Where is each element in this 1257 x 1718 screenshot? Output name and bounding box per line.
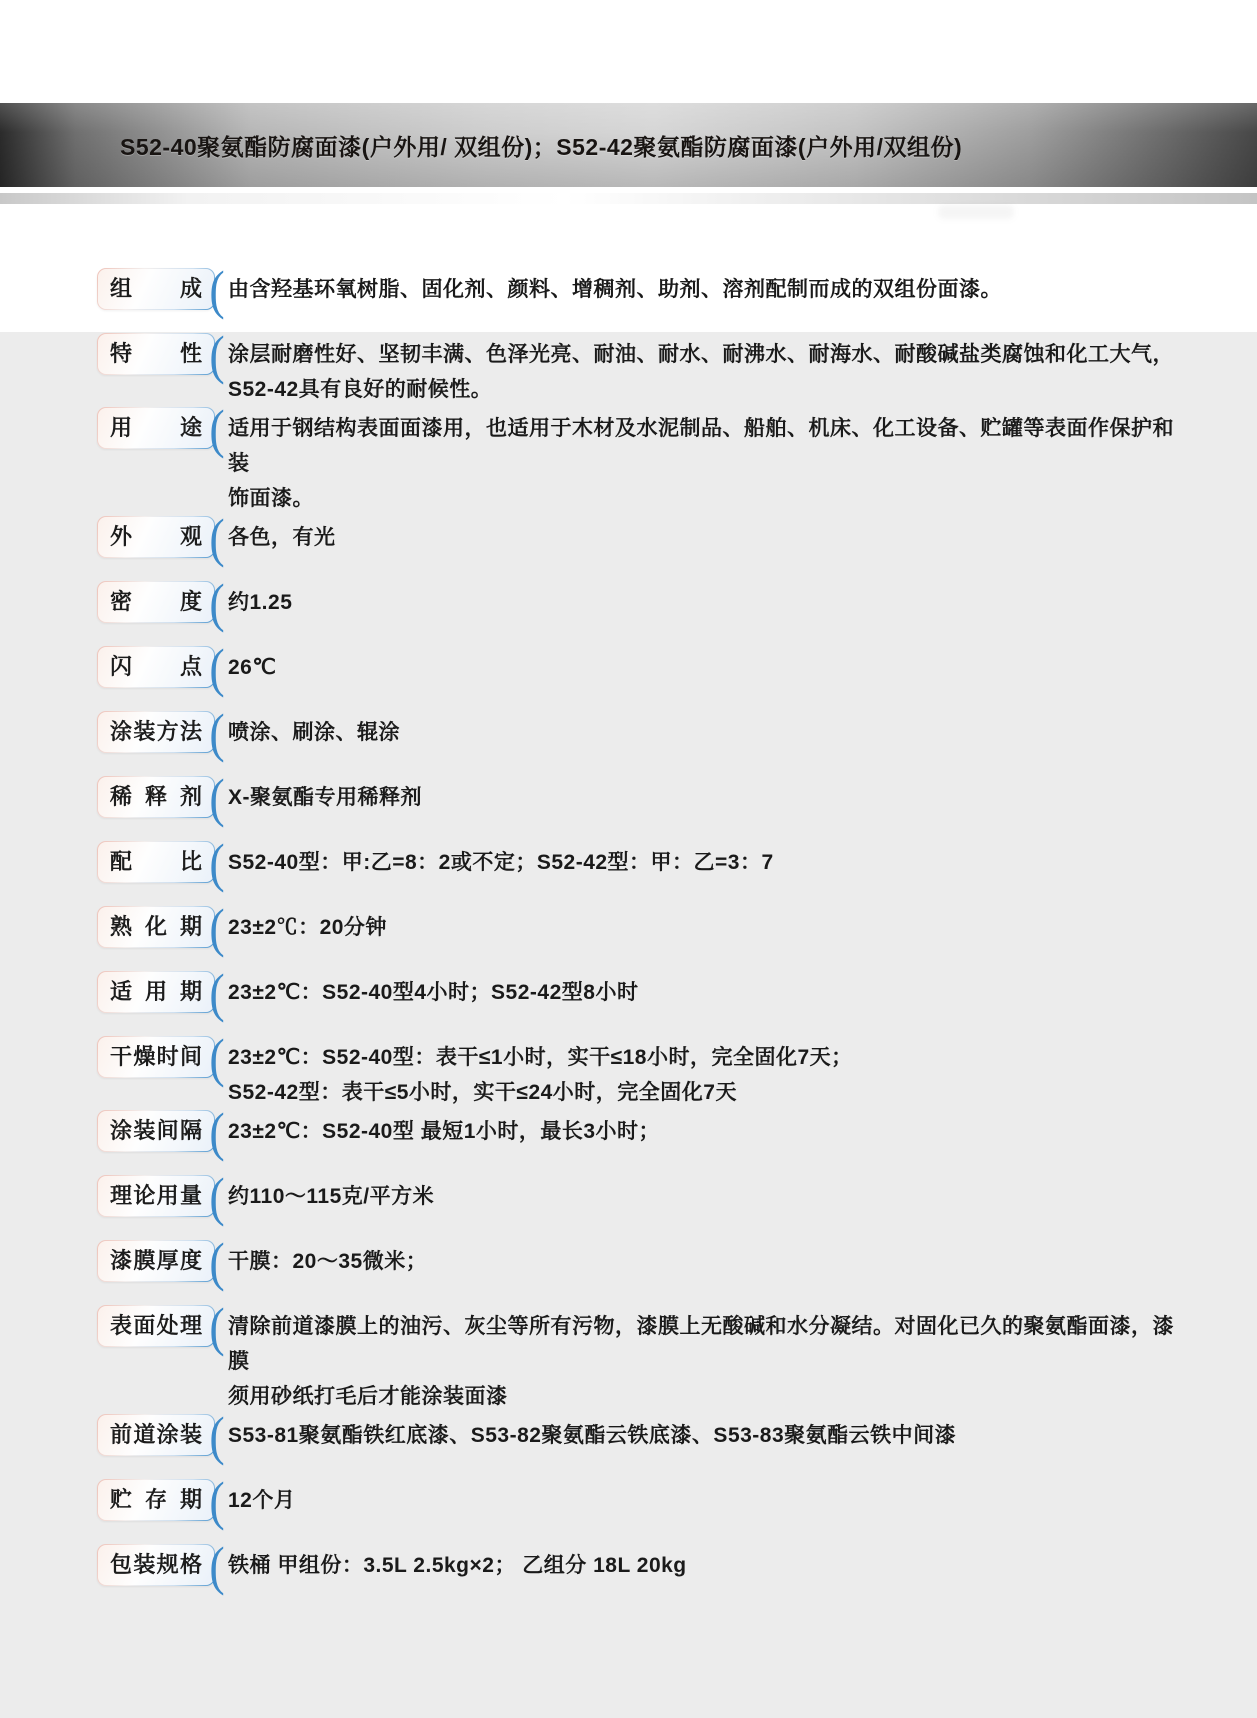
spec-label: 理论用量 ( [97,1175,228,1219]
spec-value: S52-40型：甲:乙=8：2或不定；S52-42型：甲：乙=3：7 [228,841,774,880]
spec-row-composition: 组成 ( 由含羟基环氧树脂、固化剂、颜料、增稠剂、助剂、溶剂配制而成的双组份面漆… [97,268,1217,312]
spec-label: 包装规格 ( [97,1544,228,1588]
open-paren: ( [209,581,224,625]
spec-label: 干燥时间 ( [97,1036,228,1080]
spec-value: 23±2℃：S52-40型 最短1小时，最长3小时； [228,1110,660,1149]
label-box: 涂装方法 [97,711,215,753]
label-box: 密度 [97,581,215,623]
spec-label: 前道涂装 ( [97,1414,228,1458]
spec-value: 涂层耐磨性好、坚韧丰满、色泽光亮、耐油、耐水、耐沸水、耐海水、耐酸碱盐类腐蚀和化… [228,333,1174,407]
value-line: S53-81聚氨酯铁红底漆、S53-82聚氨酯云铁底漆、S53-83聚氨酯云铁中… [228,1418,956,1453]
value-line: 由含羟基环氧树脂、固化剂、颜料、增稠剂、助剂、溶剂配制而成的双组份面漆。 [228,272,1002,307]
spec-label-text: 干燥时间 [110,1037,202,1077]
spec-label: 配比 ( [97,841,228,885]
spec-label-text: 适用期 [110,972,202,1012]
spec-label: 涂装间隔 ( [97,1110,228,1154]
open-paren: ( [209,1414,224,1458]
spec-label: 漆膜厚度 ( [97,1240,228,1284]
spec-value: 喷涂、刷涂、辊涂 [228,711,400,750]
spec-value: S53-81聚氨酯铁红底漆、S53-82聚氨酯云铁底漆、S53-83聚氨酯云铁中… [228,1414,956,1453]
open-paren: ( [209,1036,224,1080]
spec-label-text: 包装规格 [110,1545,202,1585]
spec-row-mix-ratio: 配比 ( S52-40型：甲:乙=8：2或不定；S52-42型：甲：乙=3：7 [97,841,1217,885]
value-line: 喷涂、刷涂、辊涂 [228,715,400,750]
value-line: 饰面漆。 [228,481,1188,516]
spec-row-density: 密度 ( 约1.25 [97,581,1217,625]
open-paren: ( [209,407,224,451]
label-box: 表面处理 [97,1305,215,1347]
open-paren: ( [209,1175,224,1219]
spec-label-text: 熟化期 [110,907,202,947]
value-line: 铁桶 甲组份：3.5L 2.5kg×2； 乙组分 18L 20kg [228,1548,687,1583]
spec-row-recoat-interval: 涂装间隔 ( 23±2℃：S52-40型 最短1小时，最长3小时； [97,1110,1217,1154]
spec-label: 熟化期 ( [97,906,228,950]
spec-label: 组成 ( [97,268,228,312]
value-line: 12个月 [228,1483,295,1518]
open-paren: ( [209,906,224,950]
spec-row-appearance: 外观 ( 各色，有光 [97,516,1217,560]
value-line: 约110～115克/平方米 [228,1179,434,1214]
label-box: 用途 [97,407,215,449]
spec-label: 外观 ( [97,516,228,560]
label-box: 贮存期 [97,1479,215,1521]
value-line: S52-42具有良好的耐候性。 [228,372,1174,407]
spec-row-surface-treatment: 表面处理 ( 清除前道漆膜上的油污、灰尘等所有污物，漆膜上无酸碱和水分凝结。对固… [97,1305,1217,1414]
value-line: 23±2℃：S52-40型：表干≤1小时，实干≤18小时，完全固化7天； [228,1040,853,1075]
spec-sheet: 组成 ( 由含羟基环氧树脂、固化剂、颜料、增稠剂、助剂、溶剂配制而成的双组份面漆… [0,204,1257,1588]
title-bar: S52-40聚氨酯防腐面漆(户外用/ 双组份)；S52-42聚氨酯防腐面漆(户外… [0,103,1257,187]
open-paren: ( [209,516,224,560]
open-paren: ( [209,1544,224,1588]
value-line: 须用砂纸打毛后才能涂装面漆 [228,1379,1188,1414]
spec-label-text: 用途 [110,408,202,448]
open-paren: ( [209,841,224,885]
top-margin [0,0,1257,103]
spec-label-text: 组成 [110,269,202,309]
label-box: 适用期 [97,971,215,1013]
value-line: X-聚氨酯专用稀释剂 [228,780,422,815]
spec-row-pot-life: 适用期 ( 23±2℃：S52-40型4小时；S52-42型8小时 [97,971,1217,1015]
spec-label: 特性 ( [97,333,228,377]
spec-label: 贮存期 ( [97,1479,228,1523]
spec-label-text: 表面处理 [110,1306,202,1346]
value-line: 26℃ [228,650,276,685]
open-paren: ( [209,1110,224,1154]
label-box: 包装规格 [97,1544,215,1586]
value-line: 干膜：20～35微米； [228,1244,427,1279]
label-box: 特性 [97,333,215,375]
spec-value: 12个月 [228,1479,295,1518]
spec-value: 26℃ [228,646,276,685]
metal-strip [0,193,1257,204]
value-line: 适用于钢结构表面面漆用，也适用于木材及水泥制品、船舶、机床、化工设备、贮罐等表面… [228,411,1188,481]
label-box: 稀释剂 [97,776,215,818]
spec-row-packaging: 包装规格 ( 铁桶 甲组份：3.5L 2.5kg×2； 乙组分 18L 20kg [97,1544,1217,1588]
label-box: 干燥时间 [97,1036,215,1078]
spec-label-text: 涂装方法 [110,712,202,752]
spec-label-text: 配比 [110,842,202,882]
spec-label-text: 特性 [110,334,202,374]
label-box: 熟化期 [97,906,215,948]
page-title: S52-40聚氨酯防腐面漆(户外用/ 双组份)；S52-42聚氨酯防腐面漆(户外… [120,129,962,162]
open-paren: ( [209,1479,224,1523]
spec-value: 约110～115克/平方米 [228,1175,434,1214]
spec-value: 23±2℃：20分钟 [228,906,387,945]
value-line: S52-40型：甲:乙=8：2或不定；S52-42型：甲：乙=3：7 [228,845,774,880]
spec-value: 干膜：20～35微米； [228,1240,427,1279]
spec-label-text: 稀释剂 [110,777,202,817]
spec-row-previous-coat: 前道涂装 ( S53-81聚氨酯铁红底漆、S53-82聚氨酯云铁底漆、S53-8… [97,1414,1217,1458]
spec-row-maturation-period: 熟化期 ( 23±2℃：20分钟 [97,906,1217,950]
spec-row-flash-point: 闪点 ( 26℃ [97,646,1217,690]
value-line: 23±2℃：S52-40型4小时；S52-42型8小时 [228,975,638,1010]
label-box: 外观 [97,516,215,558]
spec-label: 适用期 ( [97,971,228,1015]
spec-row-thinner: 稀释剂 ( X-聚氨酯专用稀释剂 [97,776,1217,820]
spec-row-usage: 用途 ( 适用于钢结构表面面漆用，也适用于木材及水泥制品、船舶、机床、化工设备、… [97,407,1217,516]
spec-row-theoretical-consumption: 理论用量 ( 约110～115克/平方米 [97,1175,1217,1219]
spec-label-text: 涂装间隔 [110,1111,202,1151]
open-paren: ( [209,971,224,1015]
label-box: 理论用量 [97,1175,215,1217]
spec-value: 铁桶 甲组份：3.5L 2.5kg×2； 乙组分 18L 20kg [228,1544,687,1583]
spec-label: 密度 ( [97,581,228,625]
spec-label-text: 贮存期 [110,1480,202,1520]
label-box: 前道涂装 [97,1414,215,1456]
spec-label-text: 理论用量 [110,1176,202,1216]
value-line: 23±2℃：20分钟 [228,910,387,945]
spec-row-application-method: 涂装方法 ( 喷涂、刷涂、辊涂 [97,711,1217,755]
spec-row-film-thickness: 漆膜厚度 ( 干膜：20～35微米； [97,1240,1217,1284]
spec-label: 表面处理 ( [97,1305,228,1349]
spec-row-drying-time: 干燥时间 ( 23±2℃：S52-40型：表干≤1小时，实干≤18小时，完全固化… [97,1036,1217,1110]
spec-row-shelf-life: 贮存期 ( 12个月 [97,1479,1217,1523]
watermark-smudge [938,205,1014,219]
spec-value: 适用于钢结构表面面漆用，也适用于木材及水泥制品、船舶、机床、化工设备、贮罐等表面… [228,407,1188,516]
value-line: 各色，有光 [228,520,336,555]
open-paren: ( [209,646,224,690]
spec-label-text: 密度 [110,582,202,622]
label-box: 闪点 [97,646,215,688]
spec-label: 用途 ( [97,407,228,451]
spec-value: 清除前道漆膜上的油污、灰尘等所有污物，漆膜上无酸碱和水分凝结。对固化已久的聚氨酯… [228,1305,1188,1414]
spec-row-characteristics: 特性 ( 涂层耐磨性好、坚韧丰满、色泽光亮、耐油、耐水、耐沸水、耐海水、耐酸碱盐… [97,333,1217,407]
value-line: S52-42型：表干≤5小时，实干≤24小时，完全固化7天 [228,1075,853,1110]
open-paren: ( [209,711,224,755]
spec-label-text: 前道涂装 [110,1415,202,1455]
spec-value: 约1.25 [228,581,292,620]
spec-value: 23±2℃：S52-40型：表干≤1小时，实干≤18小时，完全固化7天； S52… [228,1036,853,1110]
open-paren: ( [209,268,224,312]
value-line: 清除前道漆膜上的油污、灰尘等所有污物，漆膜上无酸碱和水分凝结。对固化已久的聚氨酯… [228,1309,1188,1379]
spec-label-text: 漆膜厚度 [110,1241,202,1281]
spec-label: 稀释剂 ( [97,776,228,820]
value-line: 约1.25 [228,585,292,620]
spec-label: 闪点 ( [97,646,228,690]
label-box: 组成 [97,268,215,310]
spec-label: 涂装方法 ( [97,711,228,755]
label-box: 配比 [97,841,215,883]
spec-label-text: 闪点 [110,647,202,687]
spec-value: X-聚氨酯专用稀释剂 [228,776,422,815]
label-box: 漆膜厚度 [97,1240,215,1282]
open-paren: ( [209,1240,224,1284]
value-line: 23±2℃：S52-40型 最短1小时，最长3小时； [228,1114,660,1149]
open-paren: ( [209,333,224,377]
open-paren: ( [209,1305,224,1349]
label-box: 涂装间隔 [97,1110,215,1152]
spec-label-text: 外观 [110,517,202,557]
value-line: 涂层耐磨性好、坚韧丰满、色泽光亮、耐油、耐水、耐沸水、耐海水、耐酸碱盐类腐蚀和化… [228,337,1174,372]
spec-value: 各色，有光 [228,516,336,555]
spec-value: 由含羟基环氧树脂、固化剂、颜料、增稠剂、助剂、溶剂配制而成的双组份面漆。 [228,268,1002,307]
spec-value: 23±2℃：S52-40型4小时；S52-42型8小时 [228,971,638,1010]
open-paren: ( [209,776,224,820]
